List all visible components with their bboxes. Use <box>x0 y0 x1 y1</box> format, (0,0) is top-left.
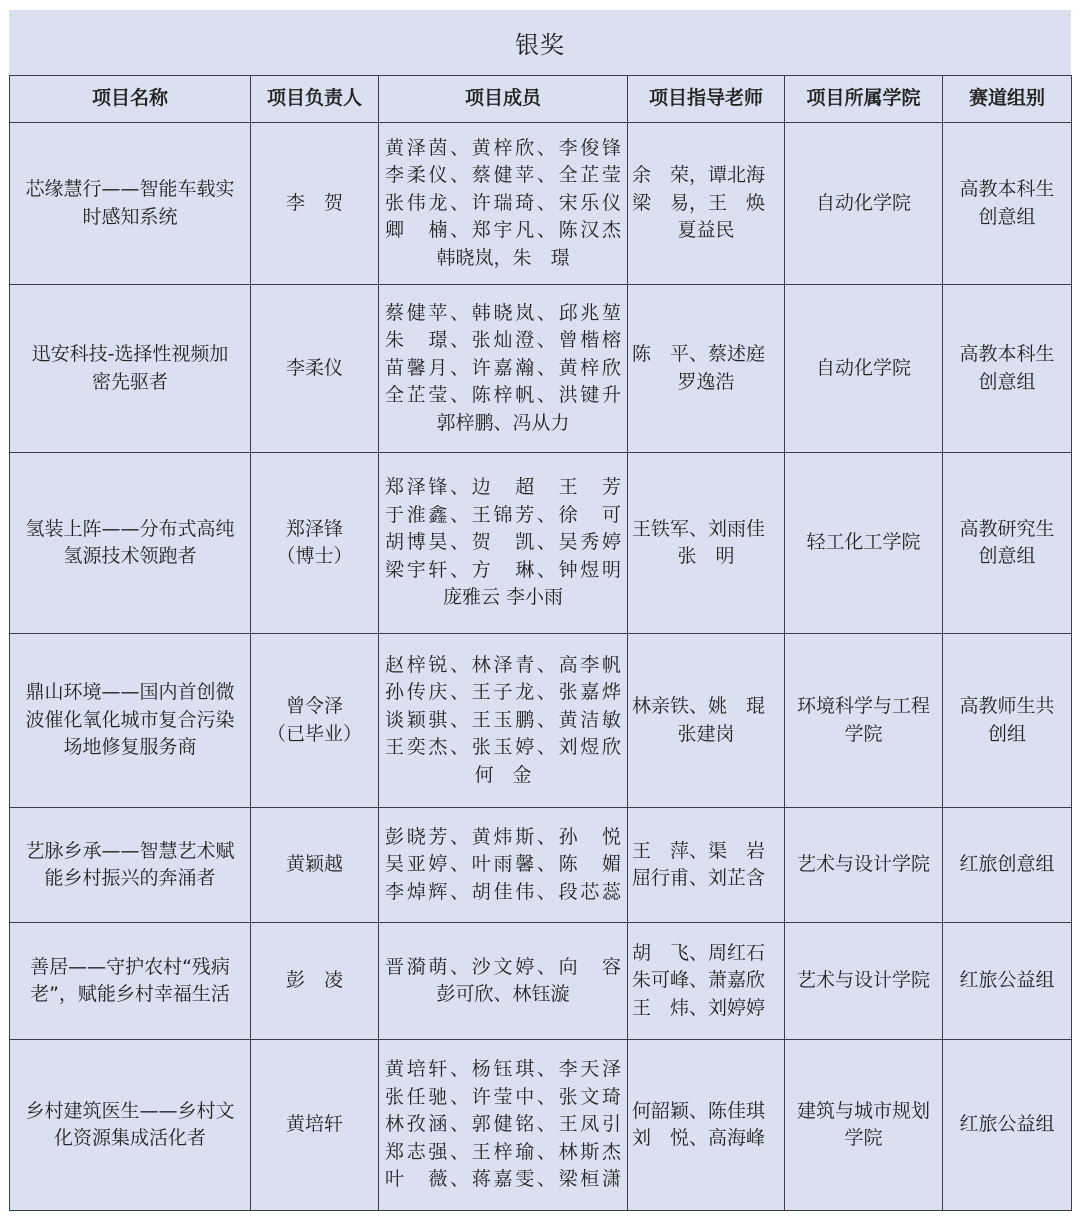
track-cell: 红旅公益组 <box>943 923 1072 1040</box>
track-line: 创组 <box>947 721 1067 749</box>
members-line: 李焯辉、胡佳伟、段芯蕊 <box>385 879 621 907</box>
track-line: 高教师生共 <box>947 693 1067 721</box>
leader-cell: 郑泽锋（博士） <box>251 453 379 634</box>
members-cell: 黄泽茵、黄梓欣、李俊锋李柔仪、蔡健苹、全芷莹张伟龙、许瑞琦、宋乐仪卿 楠、郑宇凡… <box>379 123 628 285</box>
leader-cell: 黄培轩 <box>251 1040 379 1211</box>
track-line: 高教研究生 <box>947 516 1067 544</box>
leader-cell: 李 贺 <box>251 123 379 285</box>
leader-line: 彭 凌 <box>255 967 374 995</box>
college-line: 学院 <box>789 1125 938 1153</box>
track-line: 创意组 <box>947 204 1067 232</box>
leader-cell: 李柔仪 <box>251 285 379 453</box>
track-cell: 红旅公益组 <box>943 1040 1072 1211</box>
leader-line: 李 贺 <box>255 190 374 218</box>
members-line: 晋漪萌、沙文婷、向 容 <box>385 954 621 982</box>
project-name-line: 艺脉乡承——智慧艺术赋 <box>16 838 244 866</box>
members-line: 李柔仪、蔡健苹、全芷莹 <box>385 162 621 190</box>
project-name-line: 密先驱者 <box>16 369 244 397</box>
col-header-project-name: 项目名称 <box>10 76 251 123</box>
track-line: 红旅公益组 <box>947 1111 1067 1139</box>
project-name-line: 时感知系统 <box>16 204 244 232</box>
members-cell: 彭晓芳、黄炜斯、孙 悦吴亚婷、叶雨馨、陈 媚李焯辉、胡佳伟、段芯蕊 <box>379 808 628 923</box>
members-line: 谈颖骐、王玉鹏、黄洁敏 <box>385 707 621 735</box>
advisors-cell: 林亲铁、姚 琨张建岗 <box>628 634 785 808</box>
track-line: 高教本科生 <box>947 341 1067 369</box>
advisors-cell: 胡 飞、周红石朱可峰、萧嘉欣王 炜、刘婷婷 <box>628 923 785 1040</box>
college-cell: 自动化学院 <box>785 123 943 285</box>
silver-award-table: 项目名称 项目负责人 项目成员 项目指导老师 项目所属学院 赛道组别 芯缘慧行—… <box>9 75 1072 1211</box>
leader-cell: 彭 凌 <box>251 923 379 1040</box>
project-name-line: 芯缘慧行——智能车载实 <box>16 176 244 204</box>
advisors-line: 林亲铁、姚 琨 <box>632 693 780 721</box>
leader-line: （已毕业） <box>255 721 374 749</box>
leader-line: 黄颖越 <box>255 851 374 879</box>
college-line: 轻工化工学院 <box>789 529 938 557</box>
college-cell: 建筑与城市规划学院 <box>785 1040 943 1211</box>
members-line: 赵梓锐、林泽青、高李帆 <box>385 652 621 680</box>
track-cell: 高教本科生创意组 <box>943 285 1072 453</box>
project-name-cell: 艺脉乡承——智慧艺术赋能乡村振兴的奔涌者 <box>10 808 251 923</box>
college-cell: 环境科学与工程学院 <box>785 634 943 808</box>
members-line: 卿 楠、郑宇凡、陈汉杰 <box>385 217 621 245</box>
advisors-line: 余 荣，谭北海 <box>632 162 780 190</box>
project-name-cell: 善居——守护农村“残病老”，赋能乡村幸福生活 <box>10 923 251 1040</box>
members-line: 于淮鑫、王锦芳、徐 可 <box>385 502 621 530</box>
college-line: 自动化学院 <box>789 190 938 218</box>
track-line: 创意组 <box>947 543 1067 571</box>
project-name-line: 氢源技术领跑者 <box>16 543 244 571</box>
members-line: 彭可欣、林钰漩 <box>385 981 621 1009</box>
leader-line: 郑泽锋 <box>255 516 374 544</box>
members-line: 孙传庆、王子龙、张嘉烨 <box>385 679 621 707</box>
advisors-line: 张 明 <box>632 543 780 571</box>
college-cell: 艺术与设计学院 <box>785 923 943 1040</box>
advisors-cell: 余 荣，谭北海梁 易，王 焕夏益民 <box>628 123 785 285</box>
track-line: 红旅公益组 <box>947 967 1067 995</box>
advisors-cell: 何韶颖、陈佳琪刘 悦、高海峰 <box>628 1040 785 1211</box>
members-cell: 晋漪萌、沙文婷、向 容彭可欣、林钰漩 <box>379 923 628 1040</box>
members-line: 朱 璟、张灿澄、曾楷榕 <box>385 327 621 355</box>
track-line: 创意组 <box>947 369 1067 397</box>
members-line: 林孜涵、郭健铭、王凤引 <box>385 1111 621 1139</box>
project-name-line: 鼎山环境——国内首创微 <box>16 679 244 707</box>
project-name-cell: 氢装上阵——分布式高纯氢源技术领跑者 <box>10 453 251 634</box>
advisors-line: 王 萍、渠 岩 <box>632 838 780 866</box>
project-name-line: 能乡村振兴的奔涌者 <box>16 865 244 893</box>
college-line: 环境科学与工程 <box>789 693 938 721</box>
members-line: 彭晓芳、黄炜斯、孙 悦 <box>385 824 621 852</box>
project-name-cell: 芯缘慧行——智能车载实时感知系统 <box>10 123 251 285</box>
leader-line: 曾令泽 <box>255 693 374 721</box>
leader-line: （博士） <box>255 543 374 571</box>
members-line: 全芷莹、陈梓帆、洪键升 <box>385 382 621 410</box>
members-line: 郭梓鹏、冯从力 <box>385 410 621 438</box>
college-cell: 自动化学院 <box>785 285 943 453</box>
table-row: 迅安科技-选择性视频加密先驱者李柔仪蔡健苹、韩晓岚、邱兆堃朱 璟、张灿澄、曾楷榕… <box>10 285 1072 453</box>
advisors-line: 屈行甫、刘芷含 <box>632 865 780 893</box>
members-line: 黄泽茵、黄梓欣、李俊锋 <box>385 135 621 163</box>
leader-cell: 黄颖越 <box>251 808 379 923</box>
members-line: 张任驰、许莹中、张文琦 <box>385 1084 621 1112</box>
advisors-cell: 王铁军、刘雨佳张 明 <box>628 453 785 634</box>
members-cell: 郑泽锋、边 超 王 芳于淮鑫、王锦芳、徐 可胡博昊、贺 凯、吴秀婷梁宇轩、方 琳… <box>379 453 628 634</box>
advisors-line: 陈 平、蔡述庭 <box>632 341 780 369</box>
col-header-members: 项目成员 <box>379 76 628 123</box>
college-cell: 艺术与设计学院 <box>785 808 943 923</box>
track-cell: 高教本科生创意组 <box>943 123 1072 285</box>
members-line: 王奕杰、张玉婷、刘煜欣 <box>385 734 621 762</box>
track-cell: 红旅创意组 <box>943 808 1072 923</box>
table-row: 艺脉乡承——智慧艺术赋能乡村振兴的奔涌者黄颖越彭晓芳、黄炜斯、孙 悦吴亚婷、叶雨… <box>10 808 1072 923</box>
members-line: 蔡健苹、韩晓岚、邱兆堃 <box>385 300 621 328</box>
track-cell: 高教研究生创意组 <box>943 453 1072 634</box>
college-line: 艺术与设计学院 <box>789 851 938 879</box>
leader-line: 李柔仪 <box>255 355 374 383</box>
college-line: 学院 <box>789 721 938 749</box>
advisors-cell: 王 萍、渠 岩屈行甫、刘芷含 <box>628 808 785 923</box>
project-name-cell: 迅安科技-选择性视频加密先驱者 <box>10 285 251 453</box>
table-title: 银奖 <box>9 10 1071 75</box>
members-line: 庞雅云 李小雨 <box>385 584 621 612</box>
college-line: 自动化学院 <box>789 355 938 383</box>
project-name-line: 氢装上阵——分布式高纯 <box>16 516 244 544</box>
advisors-line: 王铁军、刘雨佳 <box>632 516 780 544</box>
members-cell: 赵梓锐、林泽青、高李帆孙传庆、王子龙、张嘉烨谈颖骐、王玉鹏、黄洁敏王奕杰、张玉婷… <box>379 634 628 808</box>
advisors-line: 刘 悦、高海峰 <box>632 1125 780 1153</box>
table-row: 乡村建筑医生——乡村文化资源集成活化者黄培轩黄培轩、杨钰琪、李天泽张任驰、许莹中… <box>10 1040 1072 1211</box>
leader-cell: 曾令泽（已毕业） <box>251 634 379 808</box>
members-line: 梁宇轩、方 琳、钟煜明 <box>385 557 621 585</box>
college-line: 艺术与设计学院 <box>789 967 938 995</box>
members-line: 苗馨月、许嘉瀚、黄梓欣 <box>385 355 621 383</box>
project-name-line: 迅安科技-选择性视频加 <box>16 341 244 369</box>
col-header-track: 赛道组别 <box>943 76 1072 123</box>
project-name-line: 老”，赋能乡村幸福生活 <box>16 981 244 1009</box>
header-row: 项目名称 项目负责人 项目成员 项目指导老师 项目所属学院 赛道组别 <box>10 76 1072 123</box>
project-name-line: 波催化氧化城市复合污染 <box>16 707 244 735</box>
advisors-line: 王 炜、刘婷婷 <box>632 995 780 1023</box>
table-row: 芯缘慧行——智能车载实时感知系统李 贺黄泽茵、黄梓欣、李俊锋李柔仪、蔡健苹、全芷… <box>10 123 1072 285</box>
advisors-line: 何韶颖、陈佳琪 <box>632 1098 780 1126</box>
members-line: 叶 薇、蒋嘉雯、梁桓潇 <box>385 1166 621 1194</box>
project-name-line: 场地修复服务商 <box>16 734 244 762</box>
college-cell: 轻工化工学院 <box>785 453 943 634</box>
project-name-line: 乡村建筑医生——乡村文 <box>16 1098 244 1126</box>
advisors-line: 胡 飞、周红石 <box>632 940 780 968</box>
col-header-leader: 项目负责人 <box>251 76 379 123</box>
advisors-line: 张建岗 <box>632 721 780 749</box>
members-line: 胡博昊、贺 凯、吴秀婷 <box>385 529 621 557</box>
members-line: 郑志强、王梓瑜、林斯杰 <box>385 1139 621 1167</box>
college-line: 建筑与城市规划 <box>789 1098 938 1126</box>
advisors-line: 罗逸浩 <box>632 369 780 397</box>
members-line: 吴亚婷、叶雨馨、陈 媚 <box>385 851 621 879</box>
members-line: 何 金 <box>385 762 621 790</box>
advisors-cell: 陈 平、蔡述庭罗逸浩 <box>628 285 785 453</box>
col-header-college: 项目所属学院 <box>785 76 943 123</box>
table-row: 氢装上阵——分布式高纯氢源技术领跑者郑泽锋（博士）郑泽锋、边 超 王 芳于淮鑫、… <box>10 453 1072 634</box>
project-name-line: 化资源集成活化者 <box>16 1125 244 1153</box>
members-line: 张伟龙、许瑞琦、宋乐仪 <box>385 190 621 218</box>
members-line: 韩晓岚，朱 璟 <box>385 245 621 273</box>
col-header-advisors: 项目指导老师 <box>628 76 785 123</box>
track-line: 高教本科生 <box>947 176 1067 204</box>
award-table-sheet: 银奖 项目名称 项目负责人 项目成员 项目指导老师 项目所属学院 赛道组别 芯缘… <box>9 10 1071 1211</box>
members-line: 郑泽锋、边 超 王 芳 <box>385 474 621 502</box>
members-cell: 蔡健苹、韩晓岚、邱兆堃朱 璟、张灿澄、曾楷榕苗馨月、许嘉瀚、黄梓欣全芷莹、陈梓帆… <box>379 285 628 453</box>
table-row: 善居——守护农村“残病老”，赋能乡村幸福生活彭 凌晋漪萌、沙文婷、向 容彭可欣、… <box>10 923 1072 1040</box>
track-cell: 高教师生共创组 <box>943 634 1072 808</box>
table-row: 鼎山环境——国内首创微波催化氧化城市复合污染场地修复服务商曾令泽（已毕业）赵梓锐… <box>10 634 1072 808</box>
project-name-line: 善居——守护农村“残病 <box>16 954 244 982</box>
track-line: 红旅创意组 <box>947 851 1067 879</box>
members-line: 黄培轩、杨钰琪、李天泽 <box>385 1056 621 1084</box>
leader-line: 黄培轩 <box>255 1111 374 1139</box>
advisors-line: 夏益民 <box>632 217 780 245</box>
project-name-cell: 鼎山环境——国内首创微波催化氧化城市复合污染场地修复服务商 <box>10 634 251 808</box>
project-name-cell: 乡村建筑医生——乡村文化资源集成活化者 <box>10 1040 251 1211</box>
members-cell: 黄培轩、杨钰琪、李天泽张任驰、许莹中、张文琦林孜涵、郭健铭、王凤引郑志强、王梓瑜… <box>379 1040 628 1211</box>
advisors-line: 梁 易，王 焕 <box>632 190 780 218</box>
advisors-line: 朱可峰、萧嘉欣 <box>632 967 780 995</box>
